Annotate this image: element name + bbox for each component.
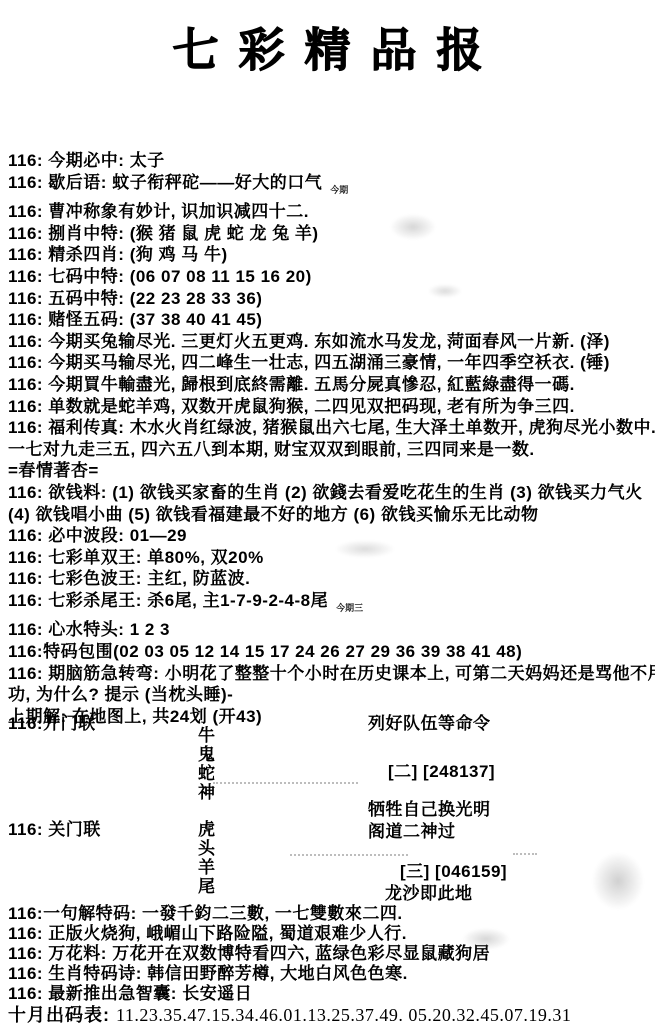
line-text: 一七对九走三五, 四六五八到本期, 财宝双双到眼前, 三四同来是一数.: [8, 440, 535, 459]
line-text: 116: 今期買牛輸盡光, 歸根到底終需離. 五馬分屍真慘忍, 紅藍綠盡得一碼.: [8, 375, 575, 394]
report-line: 116: 期脑筋急转弯: 小明花了整整十个小时在历史课本上, 可第二天妈妈还是骂…: [8, 663, 653, 685]
report-line: 116: 今期买马输尽光, 四二峰生一壮志, 四五湖涌三豪情, 一年四季空袄衣.…: [8, 352, 653, 374]
line-text: 116: 赌怪五码: (37 38 40 41 45): [8, 310, 262, 329]
close-couplet-label: 116: 关门联: [8, 820, 101, 840]
line-text: 116: 必中波段: 01—29: [8, 526, 187, 545]
open-couplet-label: 116:开门联: [8, 714, 96, 734]
close-couplet-vertical-text: 虎 头 羊 尾: [198, 820, 216, 896]
report-line: 功, 为什么? 提示 (当枕头睡)-: [8, 684, 653, 706]
line-text: 116: 五码中特: (22 23 28 33 36): [8, 289, 262, 308]
report-line: =春情著杏=: [8, 460, 653, 482]
close-couplet-right-text: 阁道二神过: [368, 822, 456, 842]
report-line: 116:特码包围(02 03 05 12 14 15 17 24 26 27 2…: [8, 641, 653, 663]
line-text: 116: 七彩单双王: 单80%, 双20%: [8, 548, 264, 567]
mid-couplet-text: 牺牲自己换光明: [368, 800, 491, 820]
line-text: 116: 欲钱料: (1) 欲钱买家畜的生肖 (2) 欲錢去看爱吃花生的生肖 (…: [8, 483, 643, 502]
report-line: 116: 七码中特: (06 07 08 11 15 16 20): [8, 266, 653, 288]
superscript-note: 今期: [322, 185, 348, 195]
scanned-report-page: 七彩精品报 116: 今期必中: 太子 116: 歇后语: 蚊子衔秤砣——好大的…: [0, 0, 655, 1024]
report-line: 116: 七彩色波王: 主红, 防蓝波.: [8, 568, 653, 590]
open-couplet-vertical-text: 牛 鬼 蛇 神: [198, 726, 216, 802]
report-line: 一七对九走三五, 四六五八到本期, 财宝双双到眼前, 三四同来是一数.: [8, 439, 653, 461]
report-line: 116: 捌肖中特: (猴 猪 鼠 虎 蛇 龙 兔 羊): [8, 223, 653, 245]
line-text: 116: 正版火烧狗, 峨嵋山下路险隘, 蜀道艰难少人行.: [8, 924, 407, 943]
report-line: 116: 歇后语: 蚊子衔秤砣——好大的口气今期: [8, 172, 653, 202]
line-text: (4) 欲钱唱小曲 (5) 欲钱看福建最不好的地方 (6) 欲钱买愉乐无比动物: [8, 505, 538, 524]
line-text: 116: 福利传真: 木水火肖红绿波, 猪猴鼠出六七尾, 生大泽土单数开, 虎狗…: [8, 418, 655, 437]
report-line: 116: 正版火烧狗, 峨嵋山下路险隘, 蜀道艰难少人行.: [8, 924, 653, 944]
faint-dashed-line: [513, 853, 537, 855]
report-line: 116: 必中波段: 01—29: [8, 525, 653, 547]
report-line: 116: 七彩单双王: 单80%, 双20%: [8, 547, 653, 569]
line-text: 116: 七彩色波王: 主红, 防蓝波.: [8, 569, 250, 588]
footer-numbers: 11.23.35.47.15.34.46.01.13.25.37.49. 05.…: [110, 1005, 571, 1024]
open-couplet-code: [二] [248137]: [388, 762, 495, 782]
line-text: 功, 为什么? 提示 (当枕头睡)-: [8, 685, 233, 704]
footer-line: 十月出码表:11.23.35.47.15.34.46.01.13.25.37.4…: [8, 1001, 653, 1024]
line-text: 116: 万花料: 万花开在双数博特看四六, 蓝绿色彩尽显鼠藏狗居: [8, 944, 490, 963]
line-text: 116: 七彩杀尾王: 杀6尾, 主1-7-9-2-4-8尾: [8, 591, 328, 610]
close-couplet-code: [三] [046159]: [400, 862, 507, 882]
line-text: 116: 今期买马输尽光, 四二峰生一壮志, 四五湖涌三豪情, 一年四季空袄衣.…: [8, 353, 610, 372]
report-line: 116: 曹冲称象有妙计, 识加识减四十二.: [8, 201, 653, 223]
open-couplet-right-text: 列好队伍等命令: [368, 714, 491, 734]
report-line: 116: 今期必中: 太子: [8, 150, 653, 172]
faint-dashed-line: [290, 854, 408, 856]
line-text: =春情著杏=: [8, 461, 99, 480]
line-text: 116: 七码中特: (06 07 08 11 15 16 20): [8, 267, 312, 286]
line-text: 116:特码包围(02 03 05 12 14 15 17 24 26 27 2…: [8, 642, 522, 661]
line-text: 116: 曹冲称象有妙计, 识加识减四十二.: [8, 202, 309, 221]
line-text: 116: 今期必中: 太子: [8, 151, 165, 170]
report-line: 116: 欲钱料: (1) 欲钱买家畜的生肖 (2) 欲錢去看爱吃花生的生肖 (…: [8, 482, 653, 504]
report-line: 116: 今期買牛輸盡光, 歸根到底終需離. 五馬分屍真慘忍, 紅藍綠盡得一碼.: [8, 374, 653, 396]
report-line: 116: 赌怪五码: (37 38 40 41 45): [8, 309, 653, 331]
line-text: 116: 精杀四肖: (狗 鸡 马 牛): [8, 245, 228, 264]
line-text: 116: 期脑筋急转弯: 小明花了整整十个小时在历史课本上, 可第二天妈妈还是骂…: [8, 664, 655, 683]
report-line: (4) 欲钱唱小曲 (5) 欲钱看福建最不好的地方 (6) 欲钱买愉乐无比动物: [8, 504, 653, 526]
report-line: 116: 七彩杀尾王: 杀6尾, 主1-7-9-2-4-8尾今期三: [8, 590, 653, 620]
line-text: 116:一句解特码: 一發千鈞二三數, 一七雙數來二四.: [8, 904, 403, 923]
faint-dashed-line: [213, 782, 358, 784]
bottom-lines: 116:一句解特码: 一發千鈞二三數, 一七雙數來二四. 116: 正版火烧狗,…: [8, 904, 653, 1004]
report-line: 116:一句解特码: 一發千鈞二三數, 一七雙數來二四.: [8, 904, 653, 924]
line-text: 116: 单数就是蛇羊鸡, 双数开虎鼠狗猴, 二四见双把码现, 老有所为争三四.: [8, 397, 575, 416]
superscript-note: 今期三: [328, 603, 363, 613]
report-title: 七彩精品报: [0, 14, 655, 80]
report-line: 116: 生肖特码诗: 韩信田野醉芳樽, 大地白风色色寒.: [8, 964, 653, 984]
report-line: 116: 万花料: 万花开在双数博特看四六, 蓝绿色彩尽显鼠藏狗居: [8, 944, 653, 964]
line-text: 116: 生肖特码诗: 韩信田野醉芳樽, 大地白风色色寒.: [8, 964, 408, 983]
report-line: 116: 单数就是蛇羊鸡, 双数开虎鼠狗猴, 二四见双把码现, 老有所为争三四.: [8, 396, 653, 418]
footer-label: 十月出码表:: [8, 1005, 110, 1024]
report-line: 116: 今期买兔输尽光. 三更灯火五更鸡. 东如流水马发龙, 菏面春风一片新.…: [8, 331, 653, 353]
report-line: 116: 五码中特: (22 23 28 33 36): [8, 288, 653, 310]
top-lines: 116: 今期必中: 太子 116: 歇后语: 蚊子衔秤砣——好大的口气今期 1…: [8, 150, 653, 727]
line-text: 116: 歇后语: 蚊子衔秤砣——好大的口气: [8, 173, 322, 192]
line-text: 116: 心水特头: 1 2 3: [8, 620, 170, 639]
line-text: 116: 今期买兔输尽光. 三更灯火五更鸡. 东如流水马发龙, 菏面春风一片新.…: [8, 332, 610, 351]
report-line: 116: 福利传真: 木水火肖红绿波, 猪猴鼠出六七尾, 生大泽土单数开, 虎狗…: [8, 417, 653, 439]
report-line: 116: 精杀四肖: (狗 鸡 马 牛): [8, 244, 653, 266]
couplet-section: 116:开门联 牛 鬼 蛇 神 列好队伍等命令 [二] [248137] 牺牲自…: [0, 712, 655, 904]
close-couplet-bottom-text: 龙沙即此地: [385, 884, 473, 904]
report-line: 116: 心水特头: 1 2 3: [8, 619, 653, 641]
line-text: 116: 捌肖中特: (猴 猪 鼠 虎 蛇 龙 兔 羊): [8, 224, 319, 243]
